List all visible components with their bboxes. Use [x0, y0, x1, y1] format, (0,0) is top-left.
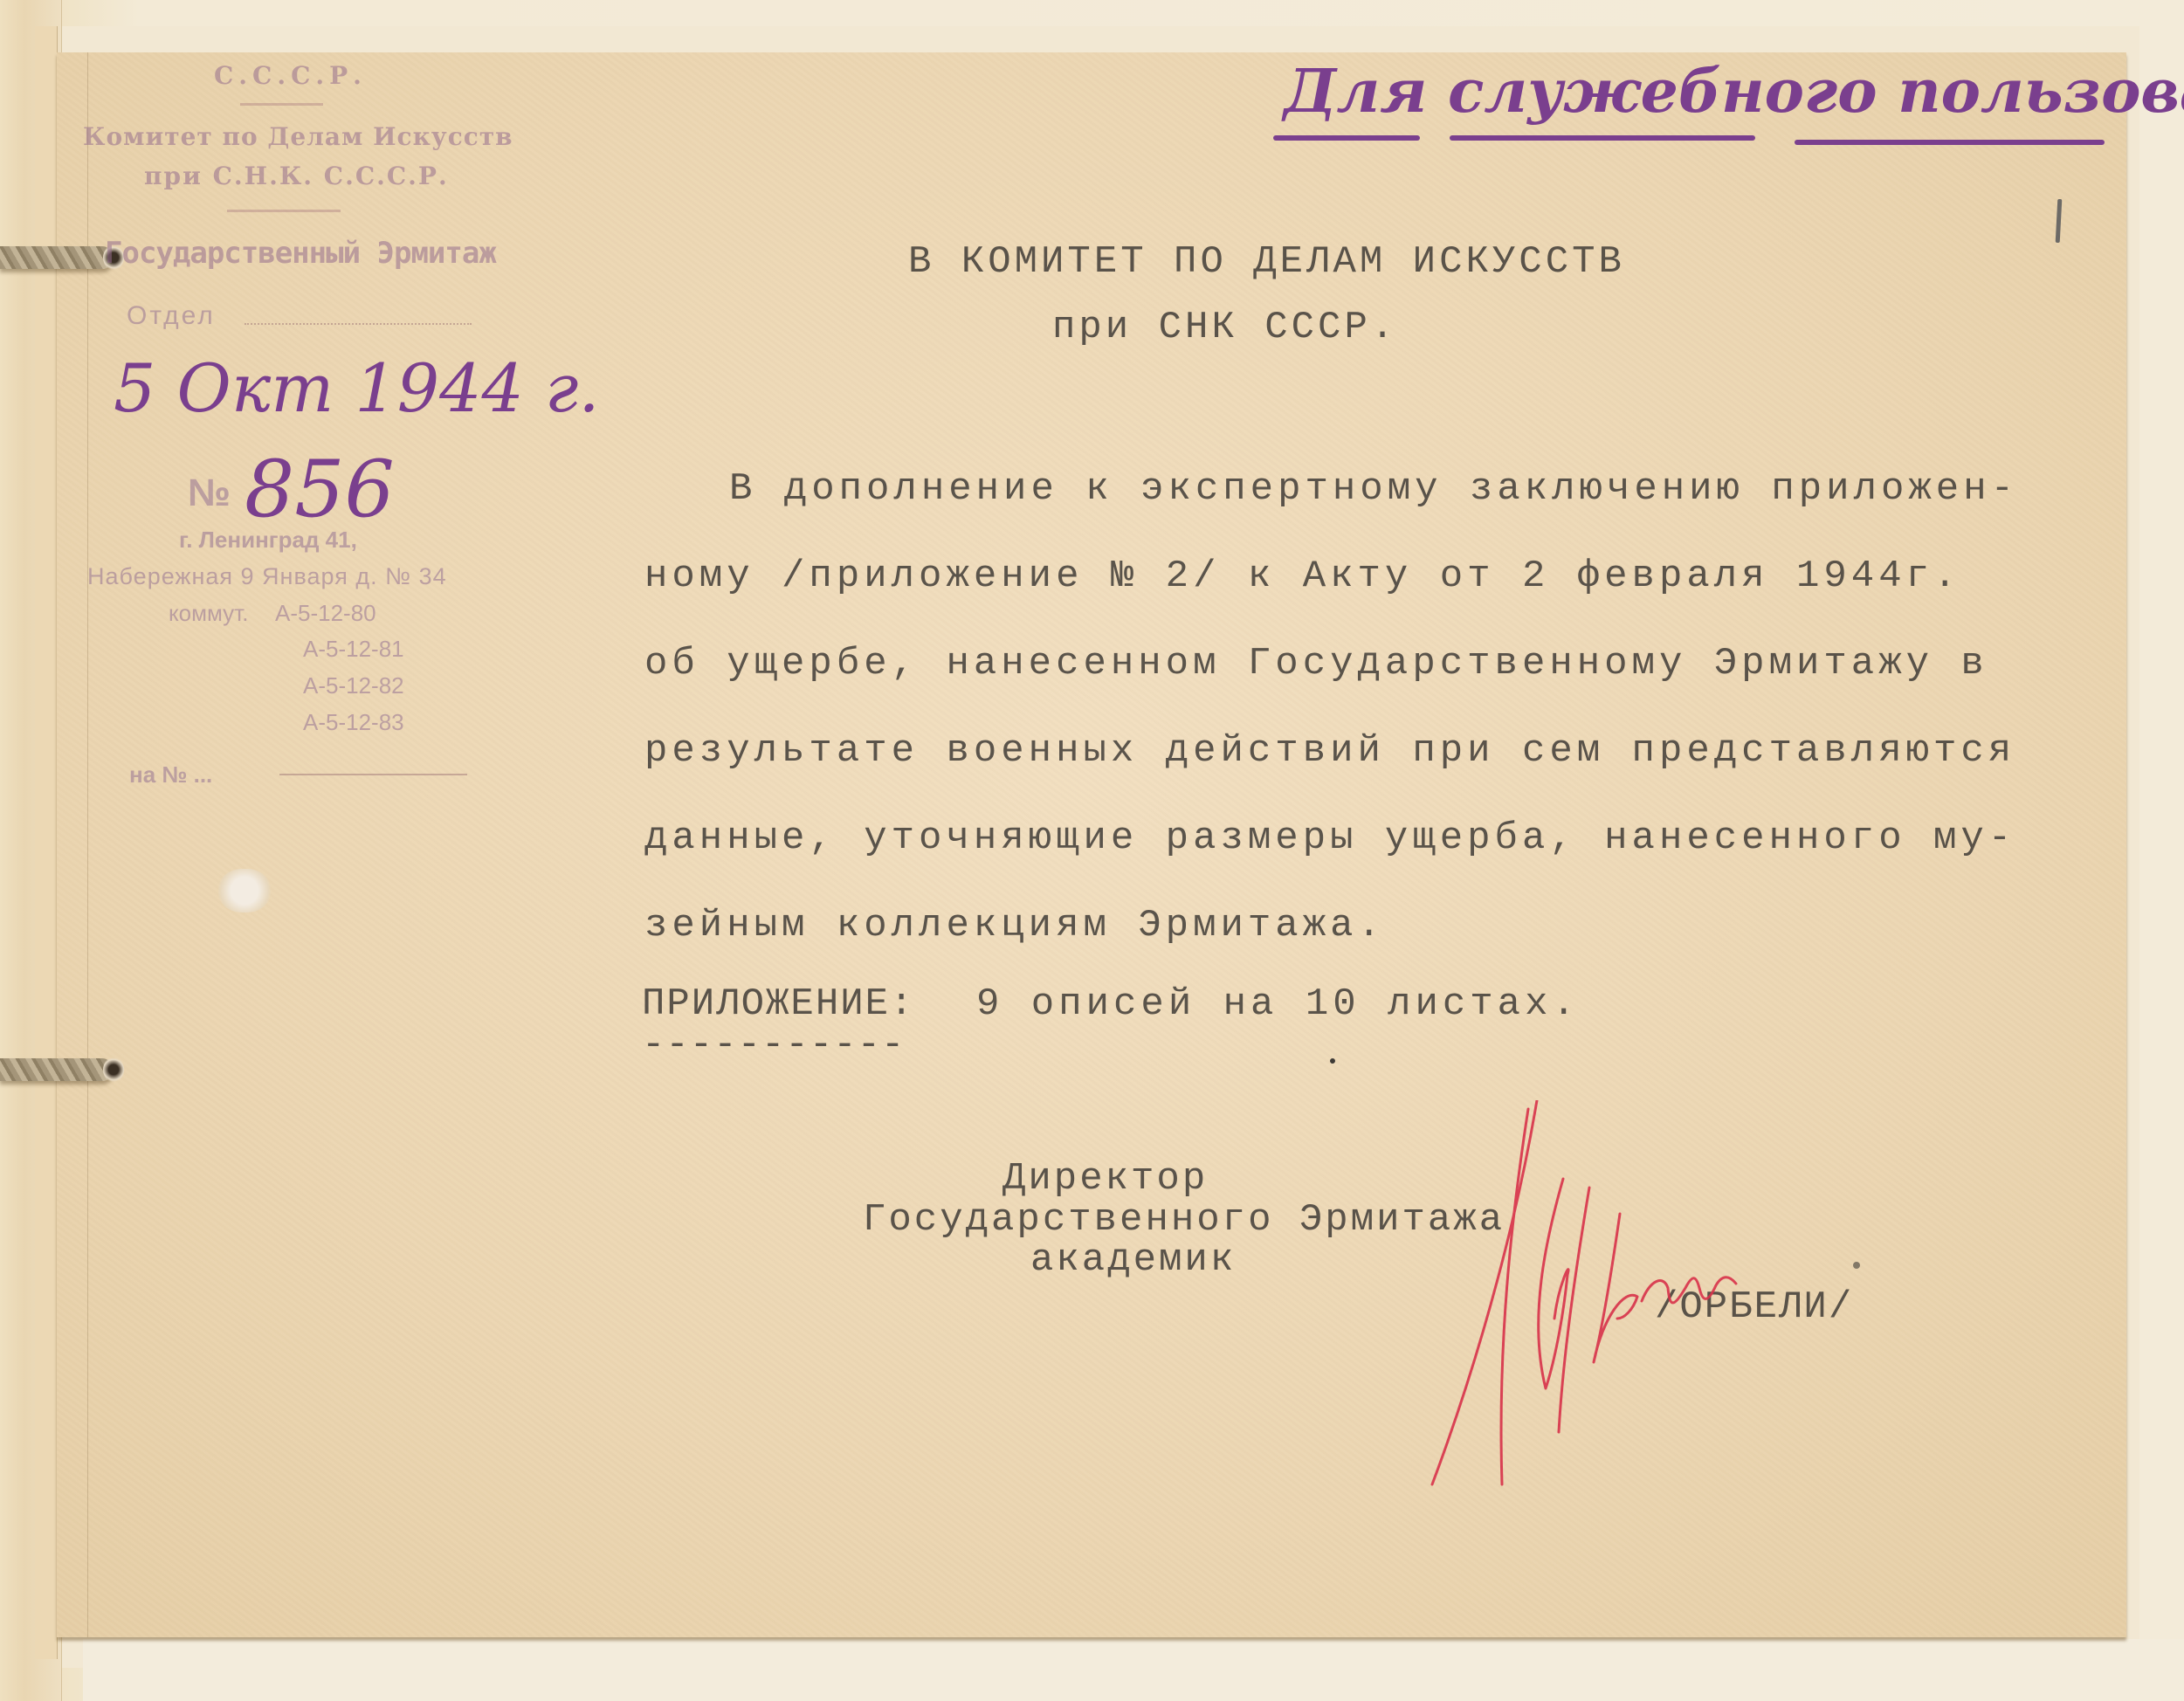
- stamp-line-ussr: С.С.С.Р.: [214, 61, 367, 90]
- stamp-line-hermitage: Государственный Эрмитаж: [105, 236, 496, 271]
- classification-note: Для служебного пользования: [1284, 57, 2184, 127]
- punch-hole: [218, 869, 271, 912]
- stamp-number-label: №: [188, 472, 231, 515]
- ink-speck: [1330, 1058, 1335, 1064]
- lower-page-edge: [83, 1639, 2184, 1701]
- body-line: В дополнение к экспертному заключению пр…: [729, 467, 2018, 511]
- attachment-label: ПРИЛОЖЕНИЕ:: [642, 982, 914, 1026]
- body-line: зейным коллекциям Эрмитажа.: [644, 904, 1385, 947]
- binding-cord-icon: [0, 246, 114, 269]
- addressee-line-2: при СНК СССР.: [1052, 306, 1397, 349]
- body-line: результате военных действий при сем пред…: [644, 729, 2015, 773]
- stamp-line-snk: при С.Н.К. С.С.С.Р.: [144, 162, 449, 190]
- stamp-line-committee: Комитет по Делам Искусств: [83, 122, 513, 151]
- cord-hole: [103, 1057, 124, 1083]
- underline: [1795, 140, 2105, 145]
- fold-line: [87, 52, 88, 1637]
- body-line: ному /приложение № 2/ к Акту от 2 феврал…: [644, 554, 1960, 598]
- signature-title-academic: академик: [1030, 1238, 1236, 1282]
- signature-title-director: Директор: [1002, 1157, 1208, 1201]
- signature-icon: [1415, 1100, 1904, 1493]
- department-blank-line: [245, 323, 472, 325]
- signature-title-institution: Государственного Эрмитажа: [863, 1198, 1505, 1242]
- reply-blank-line: [279, 774, 467, 775]
- body-line: об ущербе, нанесенном Государственному Э…: [644, 642, 1988, 685]
- attachment-underline: -----------: [642, 1023, 905, 1067]
- stamp-phone: А-5-12-82: [303, 672, 404, 699]
- stamp-phones-label: коммут.: [169, 600, 248, 627]
- stamp-department-label: Отдел: [127, 301, 216, 331]
- stamp-reply-label: на № ...: [129, 761, 212, 789]
- underline: [1273, 135, 1420, 141]
- stamp-rule: [227, 210, 341, 212]
- attachment-text: 9 описей на 10 листах.: [976, 982, 1580, 1026]
- underline: [1450, 135, 1755, 141]
- stamp-rule: [240, 103, 323, 106]
- stamp-phone: А-5-12-83: [303, 709, 404, 736]
- binding-cord-icon: [0, 1058, 114, 1081]
- stamp-address-street: Набережная 9 Января д. № 34: [87, 563, 447, 590]
- body-line: данные, уточняющие размеры ущерба, нанес…: [644, 816, 2015, 860]
- stamp-phone: А-5-12-80: [275, 600, 376, 627]
- handwritten-date: 5 Окт 1944 г.: [114, 349, 600, 427]
- binding-edge-inner: [35, 26, 58, 1659]
- handwritten-number: 856: [245, 444, 395, 535]
- addressee-line-1: В КОМИТЕТ ПО ДЕЛАМ ИСКУССТВ: [908, 240, 1625, 284]
- stamp-phone: А-5-12-81: [303, 636, 404, 663]
